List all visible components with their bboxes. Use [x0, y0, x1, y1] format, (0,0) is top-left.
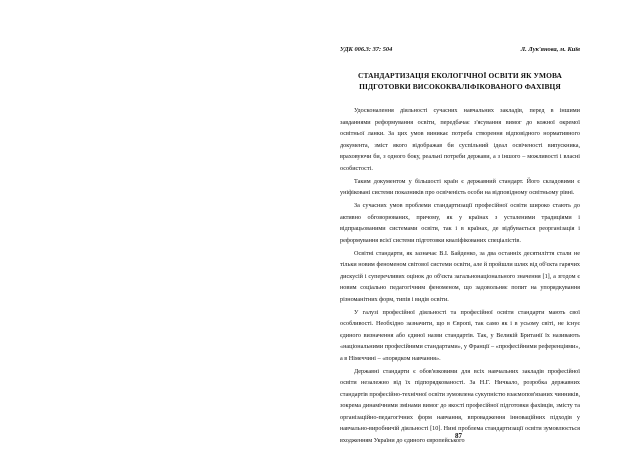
document-page: УДК 006.3: 37: 504 Л. Лук'янова, м. Київ… — [340, 46, 580, 448]
paragraph: Освітні стандарти, як зазначає В.І. Байд… — [340, 248, 580, 306]
author-line: Л. Лук'янова, м. Київ — [521, 46, 580, 56]
paragraph: За сучасних умов проблеми стандартизації… — [340, 200, 580, 246]
article-body: Удосконалення діяльності сучасних навчал… — [340, 105, 580, 446]
article-title: СТАНДАРТИЗАЦІЯ ЕКОЛОГІЧНОЇ ОСВІТИ ЯК УМО… — [340, 70, 580, 92]
udc-code: УДК 006.3: 37: 504 — [340, 46, 392, 56]
page-number: 87 — [455, 432, 462, 440]
paragraph: Удосконалення діяльності сучасних навчал… — [340, 105, 580, 174]
page-header: УДК 006.3: 37: 504 Л. Лук'янова, м. Київ — [340, 46, 580, 56]
title-line-2: ПІДГОТОВКИ ВИСОКОКВАЛІФІКОВАНОГО ФАХІВЦЯ — [340, 81, 580, 92]
paragraph: Таким документом у більшості країн є дер… — [340, 176, 580, 199]
title-line-1: СТАНДАРТИЗАЦІЯ ЕКОЛОГІЧНОЇ ОСВІТИ ЯК УМО… — [340, 70, 580, 81]
paragraph: У галузі професійної діяльності та профе… — [340, 307, 580, 365]
